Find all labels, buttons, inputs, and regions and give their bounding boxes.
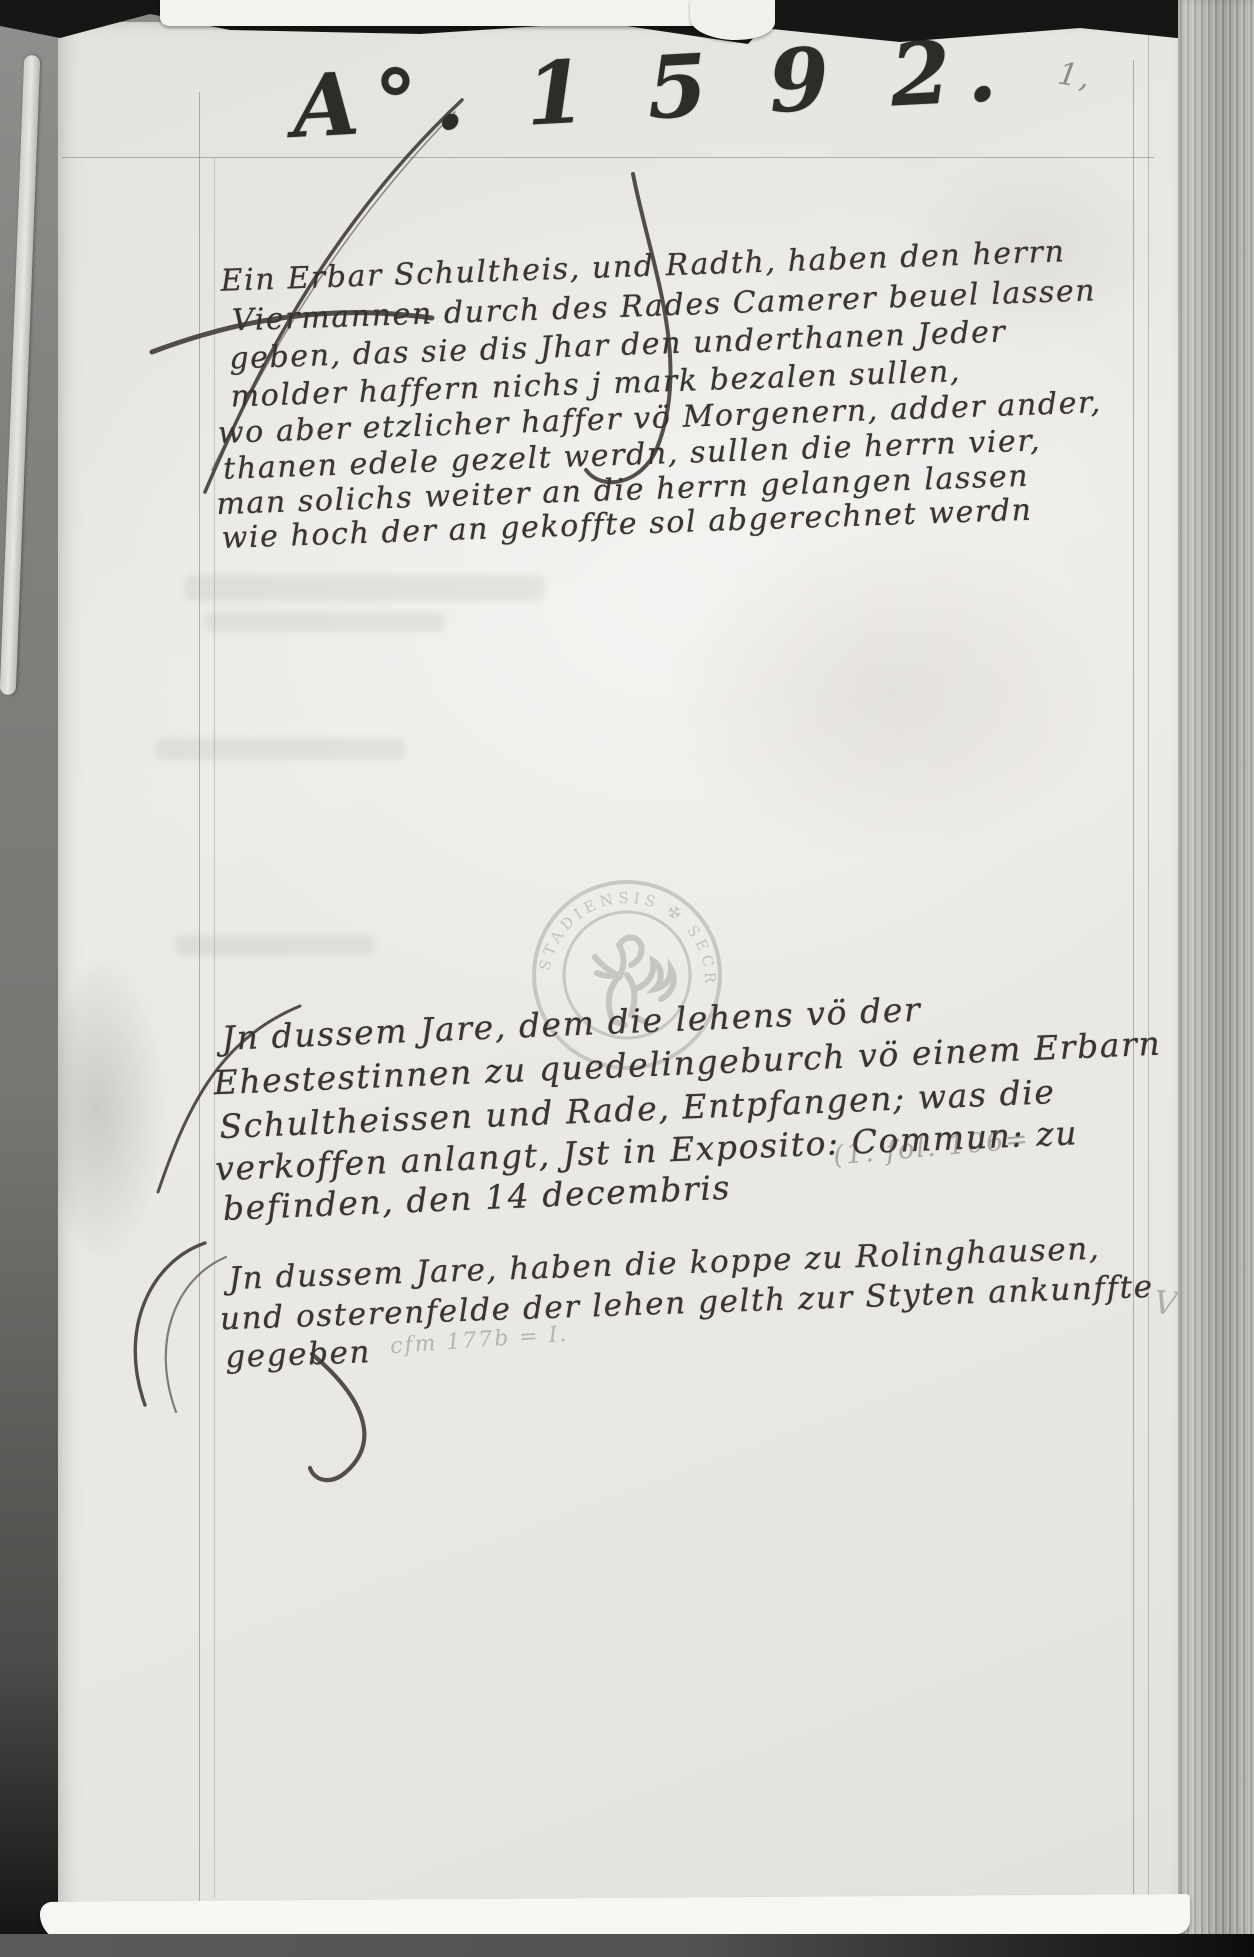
torn-paper-fragment	[160, 0, 760, 26]
book-bottom-edge	[0, 1934, 1254, 1957]
ruled-line-left-outer	[199, 92, 200, 1932]
handwritten-line: gegeben	[225, 1334, 372, 1375]
ruled-line-top	[62, 157, 1154, 158]
manuscript-scan: STADIENSIS ✠ SECRETUM A°. 1 5 9 2. 1, (1…	[0, 0, 1254, 1957]
book-binding-left	[0, 0, 58, 1957]
entry-paragraph-2: Jn dussem Jare, dem die lehens vö der Eh…	[201, 980, 1149, 1229]
page-fore-edge-right	[1178, 0, 1254, 1957]
entry-paragraph-1: Ein Erbar Schultheis, und Radth, haben d…	[200, 232, 1150, 565]
folio-number: 1,	[1055, 56, 1094, 97]
ruled-line-right-outer	[1148, 26, 1149, 1936]
underlying-page-edge	[0, 55, 40, 695]
